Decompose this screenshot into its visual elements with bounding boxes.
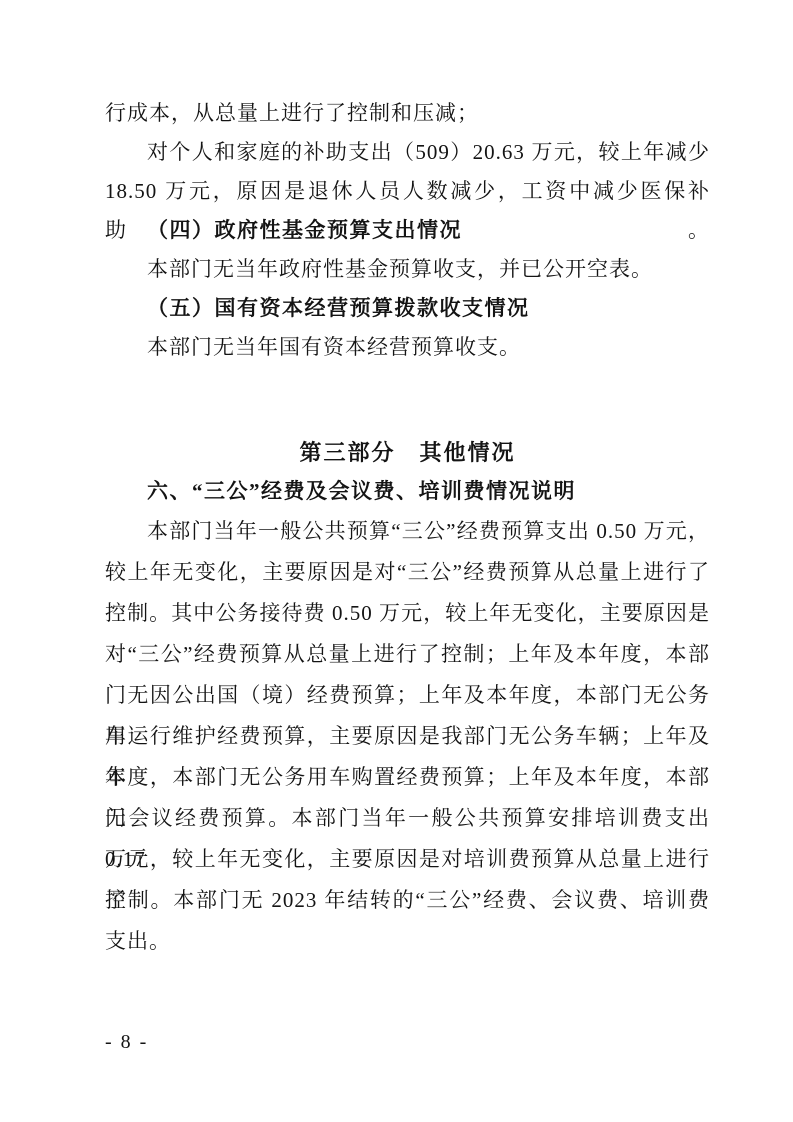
heading-section-six: 六、“三公”经费及会议费、培训费情况说明 bbox=[105, 472, 710, 511]
part-three-title: 第三部分 其他情况 bbox=[105, 433, 710, 472]
paragraph-cost-control-tail: 行成本，从总量上进行了控制和压减； bbox=[105, 94, 710, 133]
paragraph-six-line-11: 支出。 bbox=[105, 921, 710, 962]
document-page: 行成本，从总量上进行了控制和压减； 对个人和家庭的补助支出（509）20.63 … bbox=[0, 0, 793, 1122]
paragraph-six-line-9: 万元，较上年无变化，主要原因是对培训费预算从总量上进行了 bbox=[105, 839, 710, 880]
page-number: - 8 - bbox=[105, 1023, 148, 1062]
paragraph-six-line-2: 较上年无变化，主要原因是对“三公”经费预算从总量上进行了 bbox=[105, 552, 710, 593]
paragraph-section-four: 本部门无当年政府性基金预算收支，并已公开空表。 bbox=[105, 250, 710, 289]
paragraph-subsidy-line-2: 18.50 万元，原因是退休人员人数减少，工资中减少医保补助。 bbox=[105, 172, 710, 211]
paragraph-six-line-3: 控制。其中公务接待费 0.50 万元，较上年无变化，主要原因是 bbox=[105, 593, 710, 634]
paragraph-six-line-1: 本部门当年一般公共预算“三公”经费预算支出 0.50 万元， bbox=[105, 511, 710, 552]
heading-section-five: （五）国有资本经营预算拨款收支情况 bbox=[105, 289, 710, 328]
paragraph-six-line-5: 门无因公出国（境）经费预算；上年及本年度，本部门无公务用 bbox=[105, 675, 710, 716]
paragraph-subsidy-line-1: 对个人和家庭的补助支出（509）20.63 万元，较上年减少 bbox=[105, 133, 710, 172]
paragraph-six-line-10: 控制。本部门无 2023 年结转的“三公”经费、会议费、培训费 bbox=[105, 880, 710, 921]
paragraph-section-five: 本部门无当年国有资本经营预算收支。 bbox=[105, 328, 710, 367]
paragraph-six-line-6: 车运行维护经费预算，主要原因是我部门无公务车辆；上年及本 bbox=[105, 716, 710, 757]
paragraph-six-line-7: 年度，本部门无公务用车购置经费预算；上年及本年度，本部门 bbox=[105, 757, 710, 798]
text-column: 行成本，从总量上进行了控制和压减； 对个人和家庭的补助支出（509）20.63 … bbox=[105, 94, 710, 962]
paragraph-six-line-8: 无会议经费预算。本部门当年一般公共预算安排培训费支出 0.17 bbox=[105, 798, 710, 839]
paragraph-six-line-4: 对“三公”经费预算从总量上进行了控制；上年及本年度，本部 bbox=[105, 634, 710, 675]
